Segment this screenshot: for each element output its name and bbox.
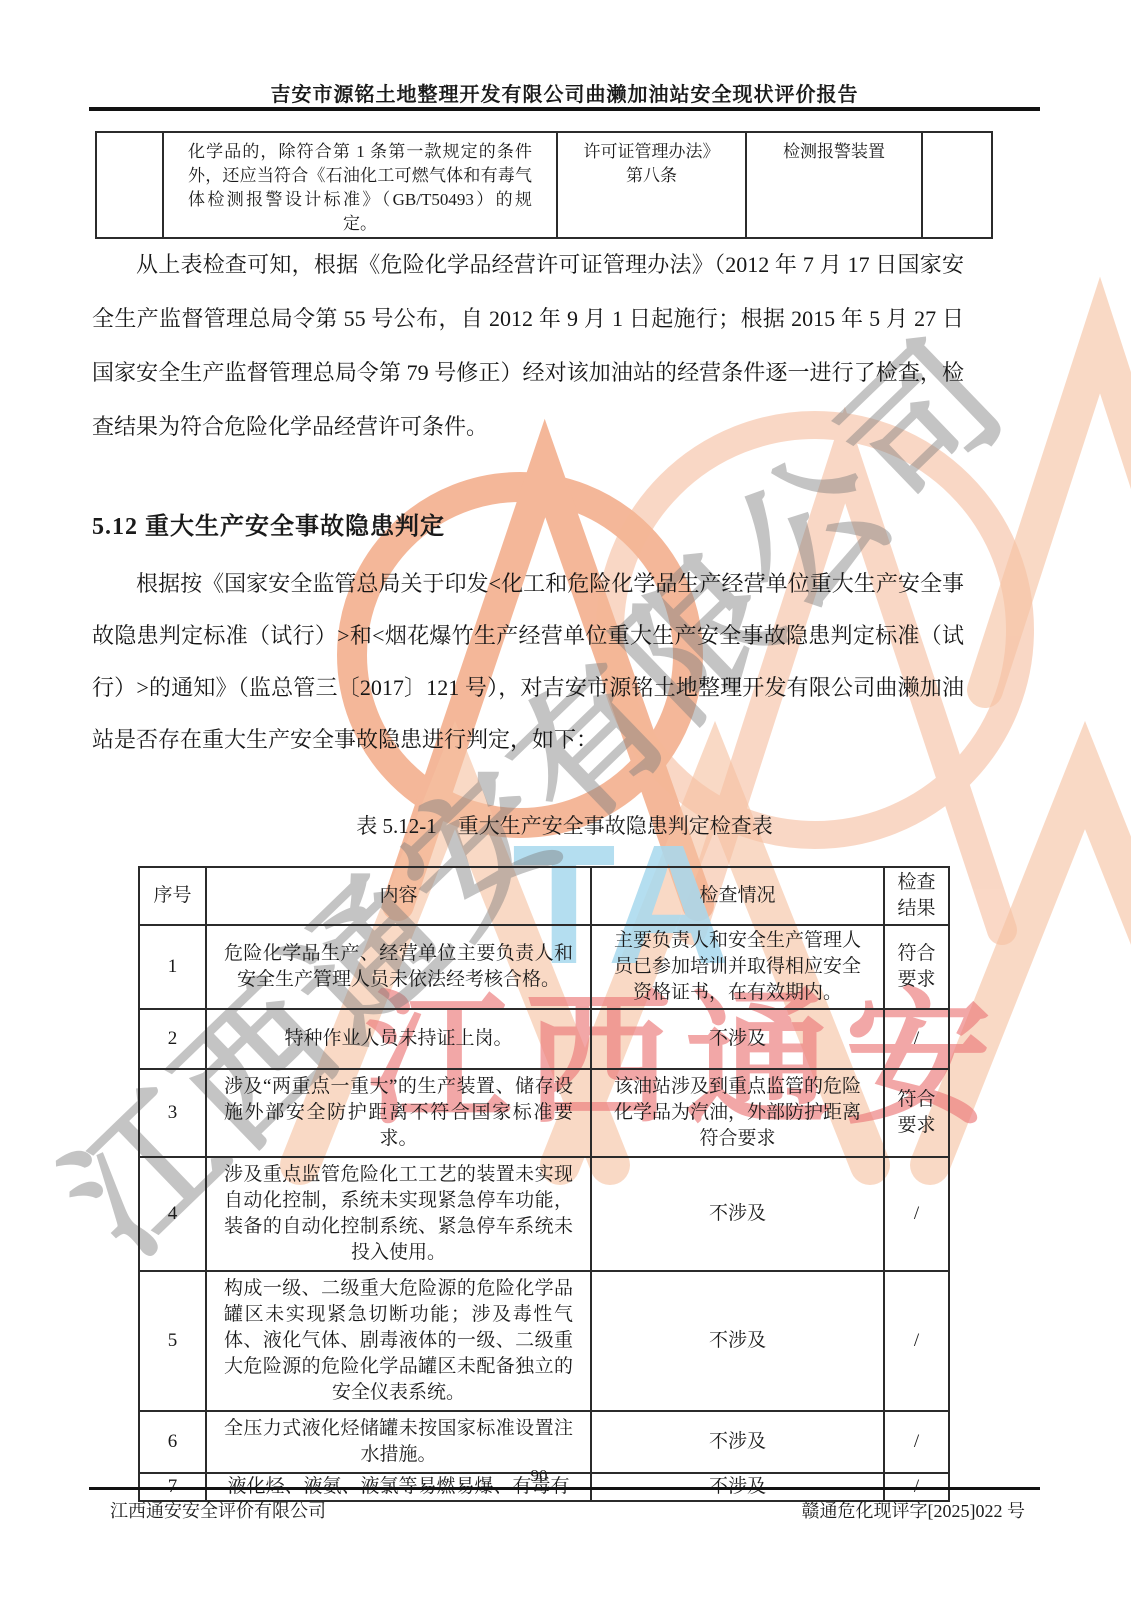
table-row: 3 涉及“两重点一重大”的生产装置、储存设施外部安全防护距离不符合国家标准要求。… — [139, 1069, 949, 1157]
continued-table: 化学品的，除符合第 1 条第一款规定的条件外，还应当符合《石油化工可燃气体和有毒… — [95, 131, 993, 239]
table-cell-basis: 许可证管理办法》 第八条 — [557, 132, 746, 238]
table-cell-empty — [96, 132, 163, 238]
section-heading: 5.12 重大生产安全事故隐患判定 — [92, 506, 445, 541]
cell-situation: 不涉及 — [591, 1009, 884, 1069]
cell-result: / — [884, 1009, 949, 1069]
cell-situation: 该油站涉及到重点监管的危险化学品为汽油，外部防护距离符合要求 — [591, 1069, 884, 1157]
cell-result: / — [884, 1271, 949, 1411]
logo-chevron-icon — [985, 335, 1131, 690]
cell-situation: 主要负责人和安全生产管理人员已参加培训并取得相应安全资格证书，在有效期内。 — [591, 925, 884, 1009]
table-cell-measure: 检测报警装置 — [746, 132, 922, 238]
cell-no: 6 — [139, 1411, 206, 1473]
cell-result: 符合要求 — [884, 925, 949, 1009]
cell-no: 4 — [139, 1157, 206, 1271]
table-row: 5 构成一级、二级重大危险源的危险化学品罐区未实现紧急切断功能；涉及毒性气体、液… — [139, 1271, 949, 1411]
table-row: 6 全压力式液化烃储罐未按国家标准设置注水措施。 不涉及 / — [139, 1411, 949, 1473]
cell-no: 5 — [139, 1271, 206, 1411]
column-header-situation: 检查情况 — [591, 867, 884, 925]
cell-situation: 不涉及 — [591, 1411, 884, 1473]
cell-content: 全压力式液化烃储罐未按国家标准设置注水措施。 — [206, 1411, 591, 1473]
cell-result: 符合要求 — [884, 1069, 949, 1157]
column-header-content: 内容 — [206, 867, 591, 925]
cell-no: 1 — [139, 925, 206, 1009]
table-row: 1 危险化学品生产、经营单位主要负责人和安全生产管理人员未依法经考核合格。 主要… — [139, 925, 949, 1009]
cell-content: 构成一级、二级重大危险源的危险化学品罐区未实现紧急切断功能；涉及毒性气体、液化气… — [206, 1271, 591, 1411]
footer-doc-number: 赣通危化现评字[2025]022 号 — [802, 1497, 1026, 1523]
column-header-no: 序号 — [139, 867, 206, 925]
cell-no: 2 — [139, 1009, 206, 1069]
table-row: 2 特种作业人员未持证上岗。 不涉及 / — [139, 1009, 949, 1069]
cell-content: 危险化学品生产、经营单位主要负责人和安全生产管理人员未依法经考核合格。 — [206, 925, 591, 1009]
cell-situation: 不涉及 — [591, 1271, 884, 1411]
cell-no: 3 — [139, 1069, 206, 1157]
page-header-title: 吉安市源铭土地整理开发有限公司曲濑加油站安全现状评价报告 — [89, 78, 1040, 107]
footer-company: 江西通安安全评价有限公司 — [110, 1497, 326, 1523]
table-cell-content: 化学品的，除符合第 1 条第一款规定的条件外，还应当符合《石油化工可燃气体和有毒… — [163, 132, 557, 238]
page-number: 90 — [89, 1466, 989, 1486]
table-header-row: 序号 内容 检查情况 检查结果 — [139, 867, 949, 925]
header-rule — [89, 107, 1040, 111]
cell-content: 涉及重点监管危险化工工艺的装置未实现自动化控制，系统未实现紧急停车功能，装备的自… — [206, 1157, 591, 1271]
table-cell-empty — [922, 132, 992, 238]
table-caption: 表 5.12-1 重大生产安全事故隐患判定检查表 — [89, 810, 1040, 840]
column-header-result: 检查结果 — [884, 867, 949, 925]
cell-result: / — [884, 1157, 949, 1271]
cell-content: 特种作业人员未持证上岗。 — [206, 1009, 591, 1069]
footer-rule — [89, 1487, 1040, 1490]
cell-situation: 不涉及 — [591, 1157, 884, 1271]
table-row: 化学品的，除符合第 1 条第一款规定的条件外，还应当符合《石油化工可燃气体和有毒… — [96, 132, 992, 238]
paragraph-judgment-basis: 根据按《国家安全监管总局关于印发<化工和危险化学品生产经营单位重大生产安全事故隐… — [92, 558, 964, 766]
table-row: 4 涉及重点监管危险化工工艺的装置未实现自动化控制，系统未实现紧急停车功能，装备… — [139, 1157, 949, 1271]
paragraph-inspection-conclusion: 从上表检查可知，根据《危险化学品经营许可证管理办法》（2012 年 7 月 17… — [92, 238, 964, 454]
document-page: TA 江西通安 江西通安有限公司 吉安市源铭土地整理开发有限公司曲濑加油站安全现… — [0, 0, 1131, 1600]
cell-result: / — [884, 1411, 949, 1473]
hazard-judgment-table: 序号 内容 检查情况 检查结果 1 危险化学品生产、经营单位主要负责人和安全生产… — [138, 866, 950, 1502]
cell-content: 涉及“两重点一重大”的生产装置、储存设施外部安全防护距离不符合国家标准要求。 — [206, 1069, 591, 1157]
